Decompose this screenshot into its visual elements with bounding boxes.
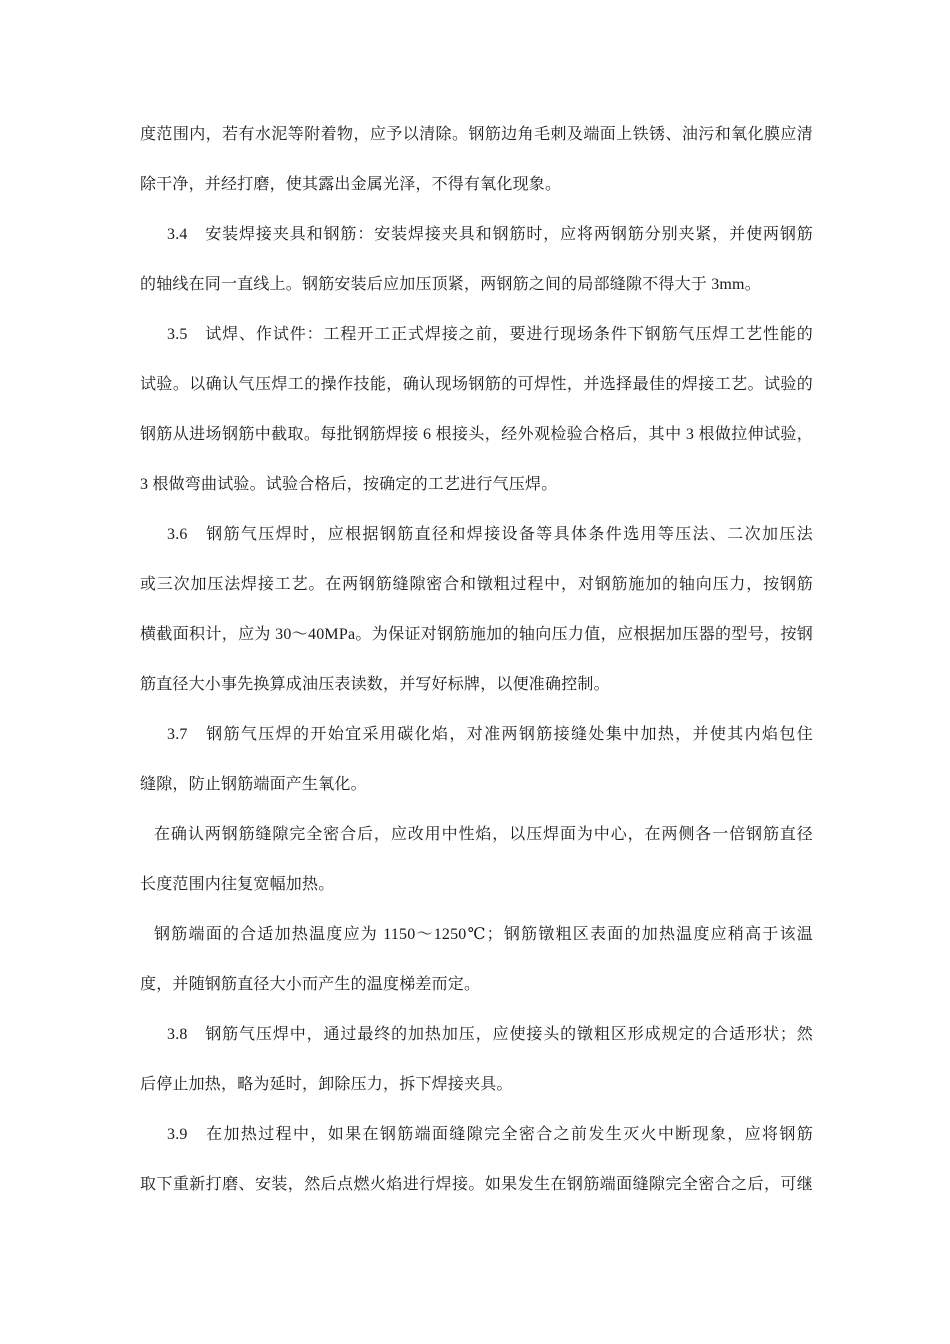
text-line: 长度范围内往复宽幅加热。 xyxy=(140,860,813,910)
text-line: 横截面积计，应为 30～40MPa。为保证对钢筋施加的轴向压力值，应根据加压器的… xyxy=(140,610,813,660)
text-line: 后停止加热，略为延时，卸除压力，拆下焊接夹具。 xyxy=(140,1060,813,1110)
text-line: 度，并随钢筋直径大小而产生的温度梯差而定。 xyxy=(140,960,813,1010)
text-line: 3.4 安装焊接夹具和钢筋：安装焊接夹具和钢筋时，应将两钢筋分别夹紧，并使两钢筋 xyxy=(140,210,813,260)
text-line: 试验。以确认气压焊工的操作技能，确认现场钢筋的可焊性，并选择最佳的焊接工艺。试验… xyxy=(140,360,813,410)
text-line: 3 根做弯曲试验。试验合格后，按确定的工艺进行气压焊。 xyxy=(140,460,813,510)
text-line: 取下重新打磨、安装，然后点燃火焰进行焊接。如果发生在钢筋端面缝隙完全密合之后，可… xyxy=(140,1160,813,1210)
text-line: 除干净，并经打磨，使其露出金属光泽，不得有氧化现象。 xyxy=(140,160,813,210)
text-line: 钢筋端面的合适加热温度应为 1150～1250℃；钢筋镦粗区表面的加热温度应稍高… xyxy=(140,910,813,960)
text-line: 度范围内，若有水泥等附着物，应予以清除。钢筋边角毛刺及端面上铁锈、油污和氧化膜应… xyxy=(140,110,813,160)
text-line: 钢筋从进场钢筋中截取。每批钢筋焊接 6 根接头，经外观检验合格后，其中 3 根做… xyxy=(140,410,813,460)
text-line: 缝隙，防止钢筋端面产生氧化。 xyxy=(140,760,813,810)
text-line: 或三次加压法焊接工艺。在两钢筋缝隙密合和镦粗过程中，对钢筋施加的轴向压力，按钢筋 xyxy=(140,560,813,610)
text-line: 在确认两钢筋缝隙完全密合后，应改用中性焰，以压焊面为中心，在两侧各一倍钢筋直径 xyxy=(140,810,813,860)
text-line: 3.6 钢筋气压焊时，应根据钢筋直径和焊接设备等具体条件选用等压法、二次加压法 xyxy=(140,510,813,560)
text-line: 的轴线在同一直线上。钢筋安装后应加压顶紧，两钢筋之间的局部缝隙不得大于 3mm。 xyxy=(140,260,813,310)
text-line: 3.9 在加热过程中，如果在钢筋端面缝隙完全密合之前发生灭火中断现象，应将钢筋 xyxy=(140,1110,813,1160)
text-line: 筋直径大小事先换算成油压表读数，并写好标牌，以便准确控制。 xyxy=(140,660,813,710)
document-body: 度范围内，若有水泥等附着物，应予以清除。钢筋边角毛刺及端面上铁锈、油污和氧化膜应… xyxy=(140,110,813,1210)
document-page: 度范围内，若有水泥等附着物，应予以清除。钢筋边角毛刺及端面上铁锈、油污和氧化膜应… xyxy=(0,0,950,1344)
text-line: 3.5 试焊、作试件：工程开工正式焊接之前，要进行现场条件下钢筋气压焊工艺性能的 xyxy=(140,310,813,360)
text-line: 3.7 钢筋气压焊的开始宜采用碳化焰，对准两钢筋接缝处集中加热，并使其内焰包住 xyxy=(140,710,813,760)
text-line: 3.8 钢筋气压焊中，通过最终的加热加压，应使接头的镦粗区形成规定的合适形状；然 xyxy=(140,1010,813,1060)
